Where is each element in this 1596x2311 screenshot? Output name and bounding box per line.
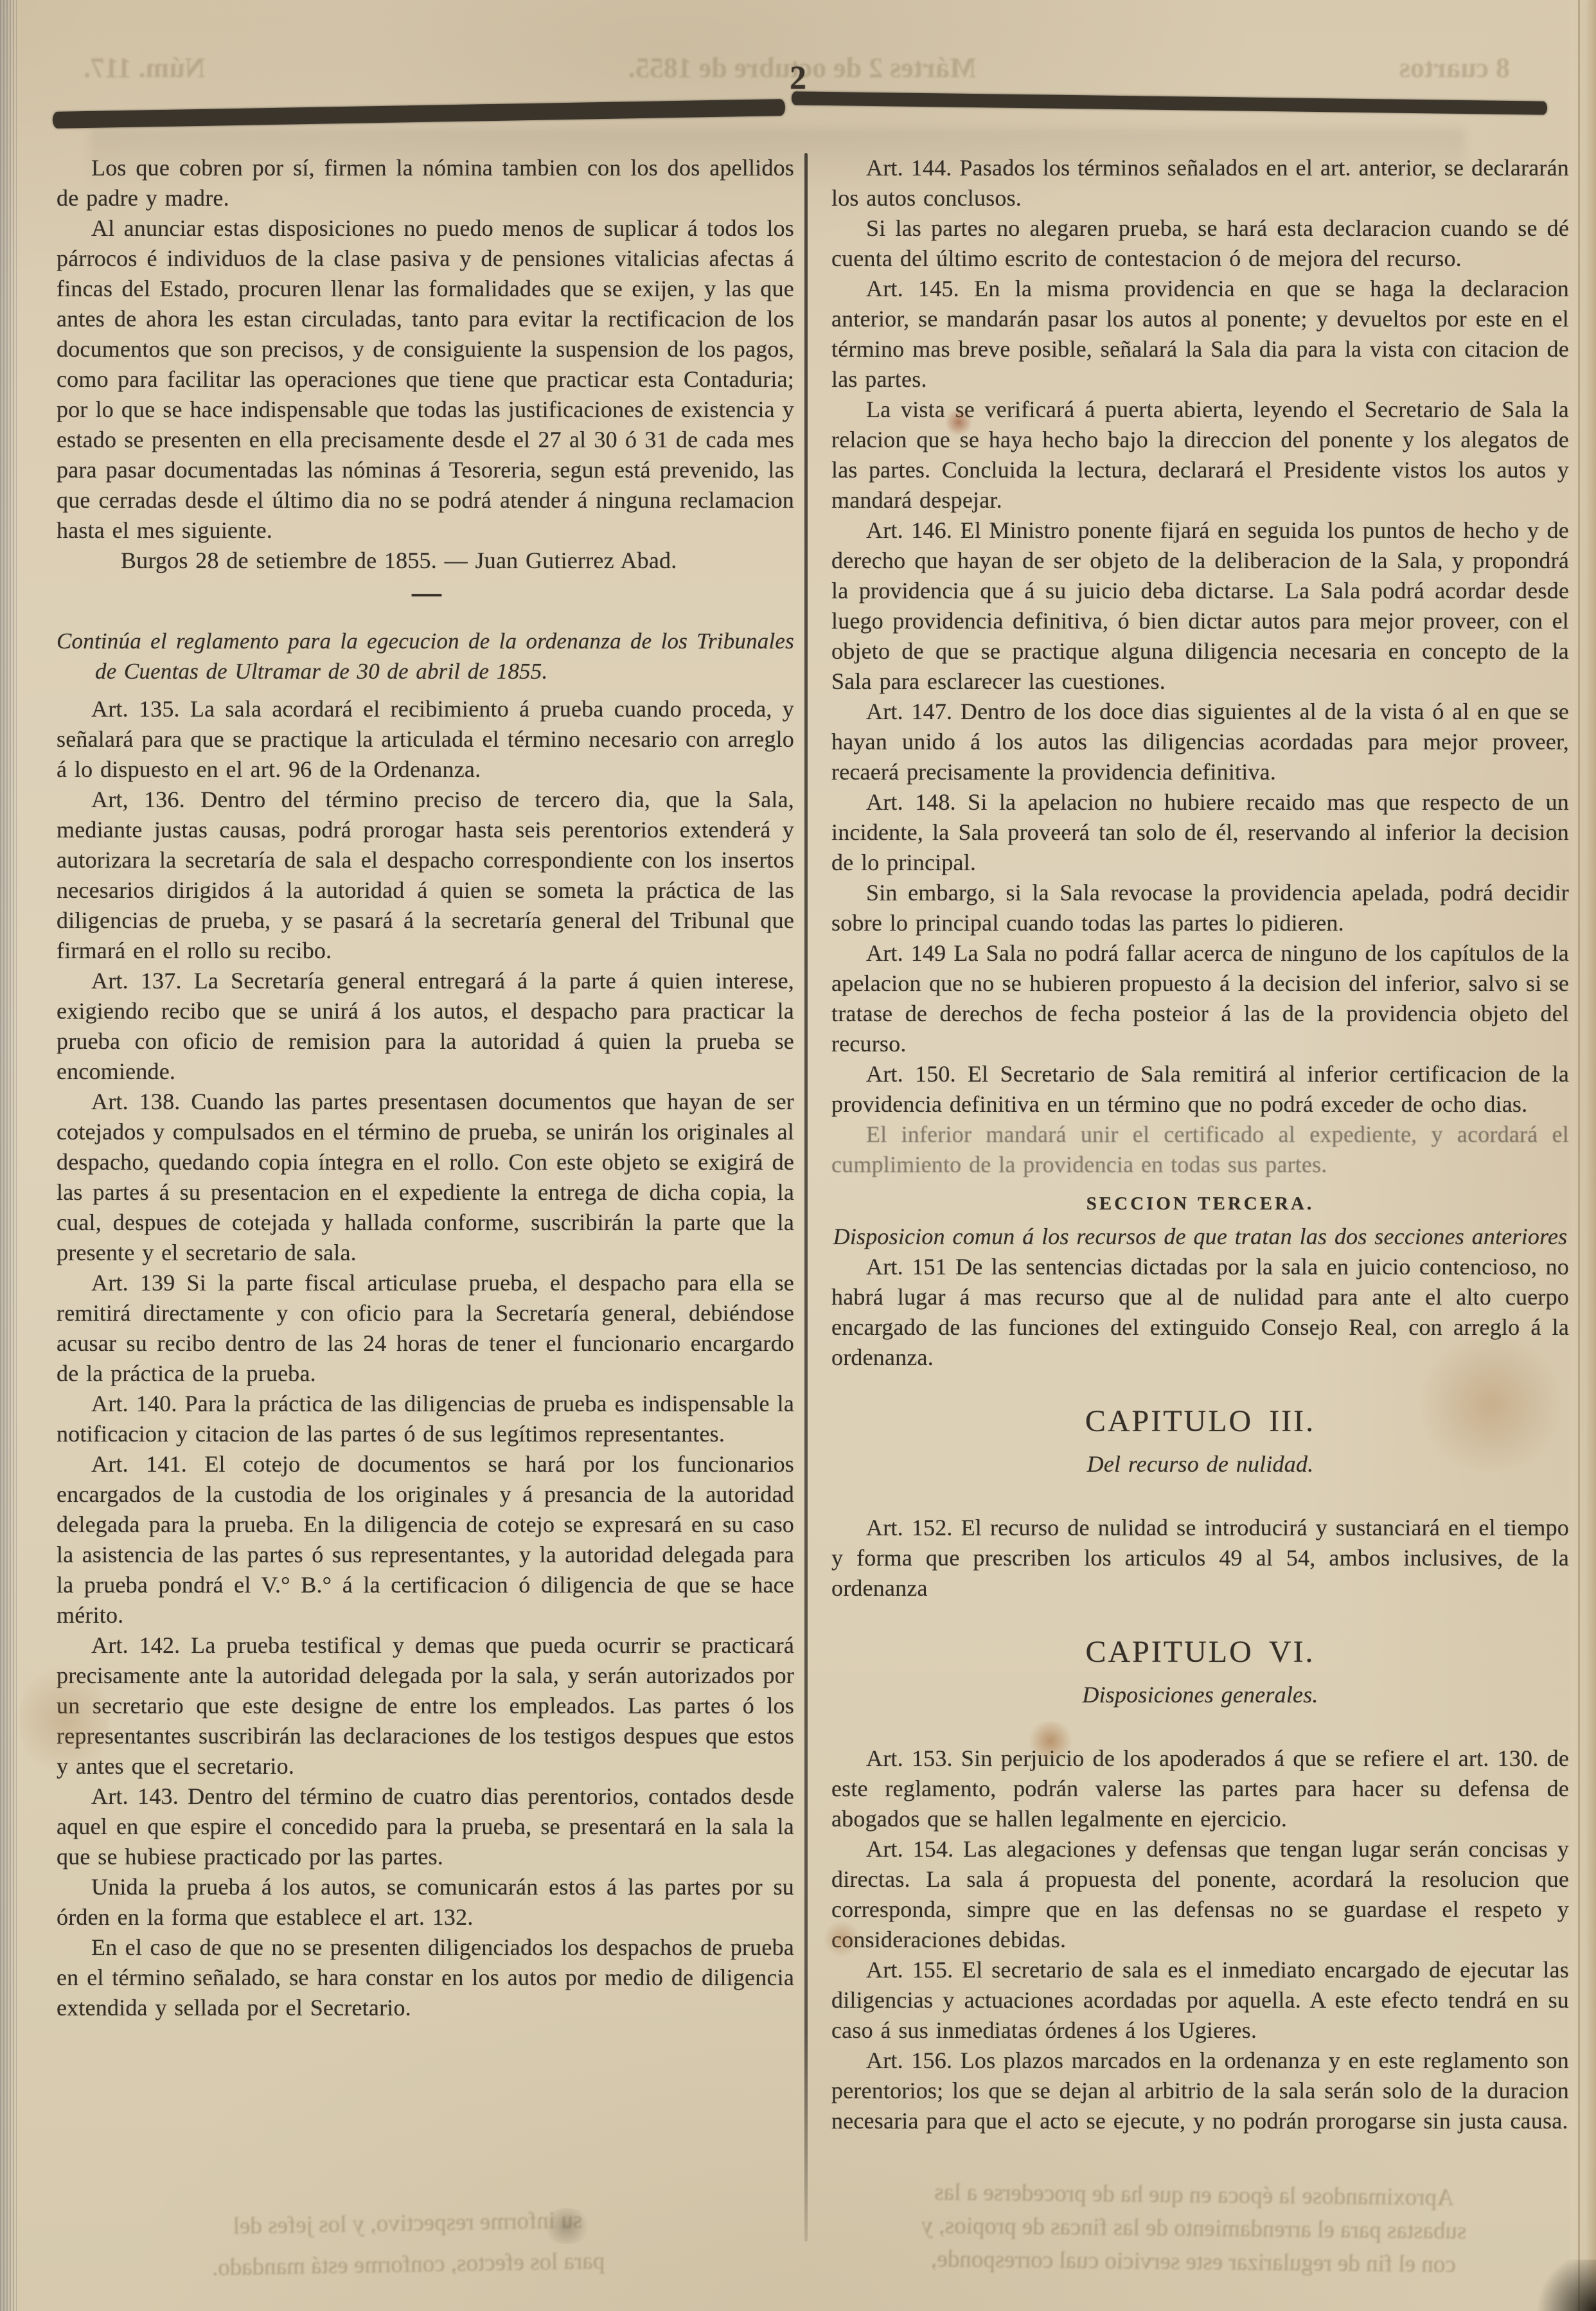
- right-art-148: Art. 148. Si la apelacion no hubiere rec…: [831, 787, 1569, 878]
- right-column: Art. 144. Pasados los términos señalados…: [831, 153, 1569, 2136]
- right-para-alegaren: Si las partes no alegaren prueba, se har…: [831, 213, 1569, 274]
- right-para-vista: La vista se verificará á puerta abierta,…: [831, 395, 1569, 515]
- page-right-edge: [1586, 0, 1596, 2311]
- showthrough-bottom-right-line-2: con el fin de regularizar este servicio …: [814, 2242, 1572, 2283]
- left-column: Los que cobren por sí, firmen la nómina …: [57, 153, 794, 2023]
- showthrough-bottom-left-line-0: su informe respectivo, y los jefes del: [38, 2197, 777, 2251]
- paper-stain: [541, 2208, 592, 2244]
- right-art-147: Art. 147. Dentro de los doce dias siguie…: [831, 697, 1569, 787]
- column-divider: [804, 153, 808, 2242]
- showthrough-bottom-left-line-1: para los efectos, conforme está mandado.: [39, 2238, 778, 2292]
- left-para-nomina: Los que cobren por sí, firmen la nómina …: [57, 153, 794, 213]
- right-art-145: Art. 145. En la misma providencia en que…: [831, 274, 1569, 395]
- left-art-142: Art. 142. La prueba testifical y demas q…: [57, 1630, 794, 1781]
- showthrough-bottom-right-line-1: subastas para el arrendamiento de las fi…: [815, 2208, 1573, 2249]
- binding-edge: [0, 0, 17, 2311]
- page-fold-line: [1578, 0, 1580, 2311]
- right-capitulo-vi: CAPITULO VI.: [831, 1637, 1569, 1667]
- right-art-149: Art. 149 La Sala no podrá fallar acerca …: [831, 938, 1569, 1059]
- left-art-137: Art. 137. La Secretaría general entregar…: [57, 966, 794, 1087]
- right-art-156: Art. 156. Los plazos marcados en la orde…: [831, 2046, 1569, 2136]
- left-art-135: Art. 135. La sala acordará el recibimien…: [57, 694, 794, 785]
- showthrough-bottom-right-line-0: Aproximandose la época en que ha de proc…: [815, 2175, 1573, 2216]
- right-capitulo-vi-sub: Disposiciones generales.: [831, 1680, 1569, 1710]
- right-disposicion-comun: Disposicion comun á los recursos de que …: [831, 1222, 1569, 1252]
- right-art-146: Art. 146. El Ministro ponente fijará en …: [831, 515, 1569, 697]
- header-rule-left: [53, 99, 785, 129]
- right-art-150: Art. 150. El Secretario de Sala remitirá…: [831, 1059, 1569, 1120]
- newspaper-page: 8 cuartos Mártes 2 de octubre de 1855. N…: [0, 0, 1596, 2311]
- left-art-140: Art. 140. Para la práctica de las dilige…: [57, 1389, 794, 1449]
- showthrough-bottom-right: Aproximandose la época en que ha de proc…: [814, 2175, 1574, 2283]
- left-para-unida: Unida la prueba á los autos, se comunica…: [57, 1872, 794, 1932]
- right-seccion-tercera: SECCION TERCERA.: [831, 1189, 1569, 1219]
- left-para-anuncio: Al anunciar estas disposiciones no puedo…: [57, 213, 794, 546]
- page-corner-shadow: [1532, 2260, 1596, 2311]
- right-capitulo-iii: CAPITULO III.: [831, 1406, 1569, 1436]
- right-para-sinembargo: Sin embargo, si la Sala revocase la prov…: [831, 878, 1569, 938]
- left-art-143: Art. 143. Dentro del término de cuatro d…: [57, 1781, 794, 1872]
- left-para-caso: En el caso de que no se presenten dilige…: [57, 1932, 794, 2023]
- left-firma-burgos: Burgos 28 de setiembre de 1855. — Juan G…: [57, 546, 794, 576]
- right-art-151: Art. 151 De las sentencias dictadas por …: [831, 1252, 1569, 1373]
- right-para-inferior: El inferior mandará unir el certificado …: [831, 1120, 1569, 1180]
- right-capitulo-iii-sub: Del recurso de nulidad.: [831, 1449, 1569, 1479]
- right-art-155: Art. 155. El secretario de sala es el in…: [831, 1955, 1569, 2046]
- left-art-136: Art, 136. Dentro del término preciso de …: [57, 785, 794, 966]
- right-art-144: Art. 144. Pasados los términos señalados…: [831, 153, 1569, 213]
- right-art-152: Art. 152. El recurso de nulidad se intro…: [831, 1513, 1569, 1603]
- left-separador: —: [57, 576, 794, 614]
- right-art-153: Art. 153. Sin perjuicio de los apoderado…: [831, 1744, 1569, 1834]
- left-art-138: Art. 138. Cuando las partes presentasen …: [57, 1087, 794, 1268]
- showthrough-bottom-left: su informe respectivo, y los jefes delpa…: [38, 2197, 778, 2292]
- left-art-139: Art. 139 Si la parte fiscal articulase p…: [57, 1268, 794, 1389]
- left-titulo-continuacion: Continúa el reglamento para la egecucion…: [57, 626, 794, 686]
- left-art-141: Art. 141. El cotejo de documentos se har…: [57, 1449, 794, 1630]
- right-art-154: Art. 154. Las alegaciones y defensas que…: [831, 1834, 1569, 1955]
